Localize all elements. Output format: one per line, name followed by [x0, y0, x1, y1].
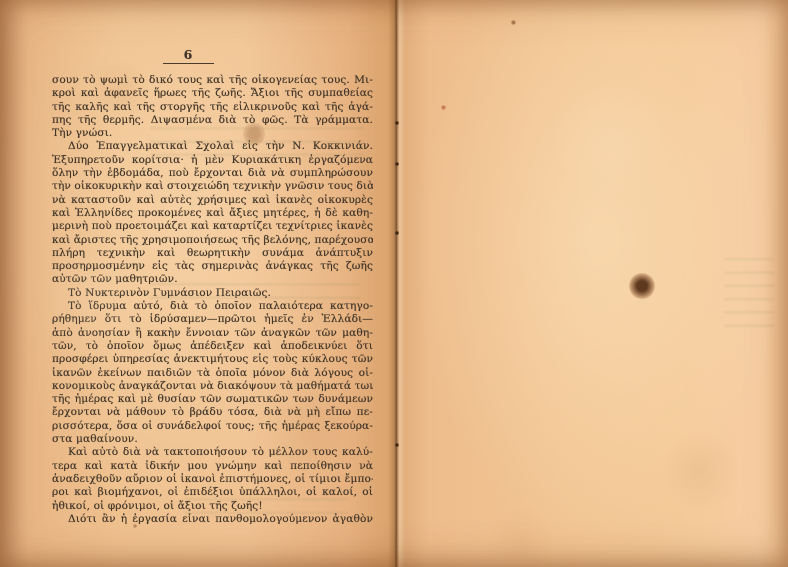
page-right: 7 καὶ μέσον παιδαγωγικὸν ἄριστον καὶ μον… [394, 0, 788, 567]
text-line: Ἐξυπηρετοῦν κορίτσια· ἡ μὲν Κυριακάτικη … [52, 154, 373, 167]
text-line: ἱκανῶν ἐκείνων παιδιῶν τὰ ὁποῖα μόνον δι… [52, 367, 373, 380]
page-number-left: 6 [162, 47, 214, 62]
text-line: Τὸ Νυκτερινὸν Γυμνάσιον Πειραιῶς. [52, 287, 373, 300]
text-line: τῶν, τὸ ὁποῖον ὅμως ἀπέδειξεν καὶ ἀποδει… [52, 340, 373, 353]
text-line: τερα καὶ κατὰ ἰδικήν μου γνώμην καὶ πεπο… [52, 460, 373, 473]
text-line: ἀναδειχθοῦν αὔριον οἱ ἱκανοὶ ἐπιστήμονες… [52, 473, 373, 486]
page-left: 6 σουν τὸ ψωμὶ τὸ δικό τους καὶ τῆς οἰκο… [0, 0, 394, 567]
text-line: τῆς καλῆς καὶ τῆς στοργῆς τῆς εἰλικρινοῦ… [52, 101, 373, 114]
text-line: ὅλην τὴν ἑβδομάδα, ποὺ ἔρχονται διὰ νὰ σ… [52, 167, 373, 180]
text-line: Καὶ αὐτὸ διὰ νὰ τακτοποιήσουν τὸ μέλλον … [52, 446, 373, 459]
text-line: ρισσότερα, ὅσα οἱ συνάδελφοί τους; τῆς ἡ… [52, 420, 373, 433]
text-line: ἀπὸ ἀνοησίαν ἢ κακὴν ἔννοιαν τῶν ἀναγκῶν… [52, 327, 373, 340]
text-line: Τὸ ἵδρυμα αὐτό, διὰ τὸ ὁποῖον παλαιότερα… [52, 300, 373, 313]
text-line: νὰ καταστοῦν καὶ αὐτὲς χρήσιμες καὶ ἱκαν… [52, 194, 373, 207]
text-line: προσφέρει ὑπηρεσίας ἀνεκτιμήτους εἰς τοὺ… [52, 353, 373, 366]
text-line: καὶ ἄριστες τῆς χρησιμοποιήσεως τῆς βελό… [52, 234, 373, 247]
text-line: πλήρη τεχνικὴν καὶ θεωρητικὴν συνάμα ἀνά… [52, 247, 373, 260]
text-column-left: σουν τὸ ψωμὶ τὸ δικό τους καὶ τῆς οἰκογε… [52, 74, 373, 526]
text-line: ροι καὶ βιομήχανοι, οἱ ἐπιδέξιοι ὑπάλληλ… [52, 486, 373, 499]
text-line: προσηρμοσμένην εἰς τὰς σημερινὰς ἀνάγκας… [52, 260, 373, 273]
text-line: ἔρχονται νὰ μάθουν τὸ βράδυ τόσα, διὰ νὰ… [52, 406, 373, 419]
text-line: τῆς ἡμέρας καὶ μὲ θυσίαν τῶν σωματικῶν τ… [52, 393, 373, 406]
text-line: Δύο Ἐπαγγελματικαὶ Σχολαὶ εἰς τὴν Ν. Κοκ… [52, 140, 373, 153]
text-line: Τὴν γνώσι. [52, 127, 373, 140]
book-spread: 6 σουν τὸ ψωμὶ τὸ δικό τους καὶ τῆς οἰκο… [0, 0, 788, 567]
text-line: ἠθικοί, οἱ φρόνιμοι, οἱ ἄξιοι τῆς ζωῆς! [52, 500, 373, 513]
text-line: τὴν οἰκοκυρικὴν καὶ στοιχειώδη τεχνικὴν … [52, 180, 373, 193]
text-line: Διότι ἂν ἡ ἐργασία εἶναι πανθομολογούμεν… [52, 513, 373, 526]
text-line: στα μαθαίνουν. [52, 433, 373, 446]
text-line: καὶ Ἑλληνίδες προκομένες καὶ ἄξιες μητέρ… [52, 207, 373, 220]
text-line: αὐτῶν τῶν μαθητριῶν. [52, 273, 373, 286]
text-line: μερινὴ ποὺ προετοιμάζει καὶ καταρτίζει τ… [52, 220, 373, 233]
page-header-left: 6 [162, 47, 214, 64]
text-line: πης τῆς θερμῆς. Διψασμένα διὰ τὸ φῶς. Τὰ… [52, 114, 373, 127]
text-line: κροὶ καὶ ἀφανεῖς ἥρωες τῆς ζωῆς. Ἄξιοι τ… [52, 87, 373, 100]
text-line: σουν τὸ ψωμὶ τὸ δικό τους καὶ τῆς οἰκογε… [52, 74, 373, 87]
text-line: κονομικοὺς ἀναγκάζονται νὰ διακόψουν τὰ … [52, 380, 373, 393]
text-line: ρήθημεν ὅτι τὸ ἱδρύσαμεν—πρῶτοι ἡμεῖς ἐν… [52, 313, 373, 326]
page-number-rule-left [163, 63, 214, 64]
